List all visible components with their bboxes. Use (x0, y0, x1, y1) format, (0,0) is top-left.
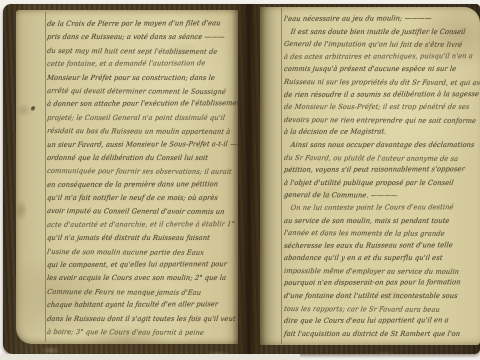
handwriting-line: l'eau nécessaire au jeu du moulin; ———— (283, 12, 471, 25)
handwriting-line: pourquoi n'en disposerait-on pas pour la… (283, 277, 471, 290)
handwriting-line: Monsieur le Préfet pour sa construction;… (46, 72, 230, 85)
handwriting-line: qui le composent, et qu'elles lui appart… (46, 258, 230, 272)
handwriting-line: dans le Ruisseau dont il s'agit toutes l… (46, 313, 230, 326)
handwriting-line: à des actes arbitraires et anarchiques, … (283, 50, 471, 63)
handwriting-line: cette fontaine, et a demandé l'autorisat… (46, 57, 230, 71)
right-page-margin-rule (281, 8, 282, 344)
left-page-handwriting: de la Croix de Pierre par le moyen d'un … (47, 18, 239, 339)
handwriting-line: en conséquence de la première dans une p… (46, 178, 230, 192)
handwriting-line: un sieur Favard, aussi Monsieur le Sous-… (46, 138, 230, 152)
right-page-handwriting: l'eau nécessaire au jeu du moulin; ———— … (284, 13, 480, 340)
handwriting-line: abondance qu'il y en a et du superflu qu… (283, 252, 471, 265)
handwriting-line: chaque habitant ayant la faculté d'en al… (46, 298, 230, 312)
handwriting-line: de rien résoudre il a soumis sa délibéra… (283, 88, 471, 101)
handwriting-line: Il est sans doute bien inutile de justif… (283, 26, 471, 39)
handwriting-line: à boire; 3° que le Cours d'eau fournit à… (46, 326, 230, 340)
left-page: de la Croix de Pierre par le moyen d'un … (16, 10, 238, 344)
handwriting-line: les avoir acquis le Cours avec son mouli… (46, 272, 230, 285)
handwriting-line: d'une fontaine dont l'utilité est incont… (283, 290, 471, 303)
handwriting-line: sécheresse les eaux du Ruisseau sont d'u… (283, 239, 471, 252)
right-page: l'eau nécessaire au jeu du moulin; ———— … (260, 7, 480, 345)
handwriting-line: pris dans ce Ruisseau; a voté dans sa sé… (46, 31, 230, 44)
margin-ink-mark (30, 105, 35, 111)
handwriting-line: Ainsi sans nous occuper davantage des dé… (283, 139, 471, 152)
handwriting-line: ordonné que la délibération du Conseil l… (46, 152, 230, 165)
handwriting-line: qu'il n'a jamais été distrait du Ruissea… (46, 232, 230, 245)
handwriting-line: de la Croix de Pierre par le moyen d'un … (46, 17, 230, 31)
scan-background-edge (0, 354, 300, 360)
handwriting-line: pétition, voyons s'il peut raisonnableme… (283, 163, 471, 176)
manuscript-scan: de la Croix de Pierre par le moyen d'un … (0, 0, 480, 360)
handwriting-line: fait l'acquisition au district de St Ram… (283, 328, 471, 341)
handwriting-line: acte d'autorité et d'anarchie, et il che… (46, 218, 230, 232)
handwriting-line: à la décision de ce Magistrat. (283, 125, 471, 138)
handwriting-line: à donner son attache pour l'exécution de… (46, 98, 230, 112)
handwriting-line: au service de son moulin, mais si pendan… (283, 215, 471, 228)
handwriting-line: On ne lui conteste point le Cours d'eau … (283, 201, 471, 214)
handwriting-line: qu'il m'a fait notifier le neuf de ce mo… (46, 192, 230, 205)
handwriting-line: dire que le Cours d'eau lui appartient q… (283, 314, 471, 327)
handwriting-line: à l'objet d'utilité publique proposé par… (283, 177, 471, 190)
handwriting-line: commis jusqu'à présent d'aucune espèce n… (283, 63, 471, 76)
handwriting-line: de Monsieur le Sous-Préfet; il est trop … (283, 101, 471, 114)
handwriting-line: projeté; le Conseil General n'a point di… (46, 112, 230, 125)
